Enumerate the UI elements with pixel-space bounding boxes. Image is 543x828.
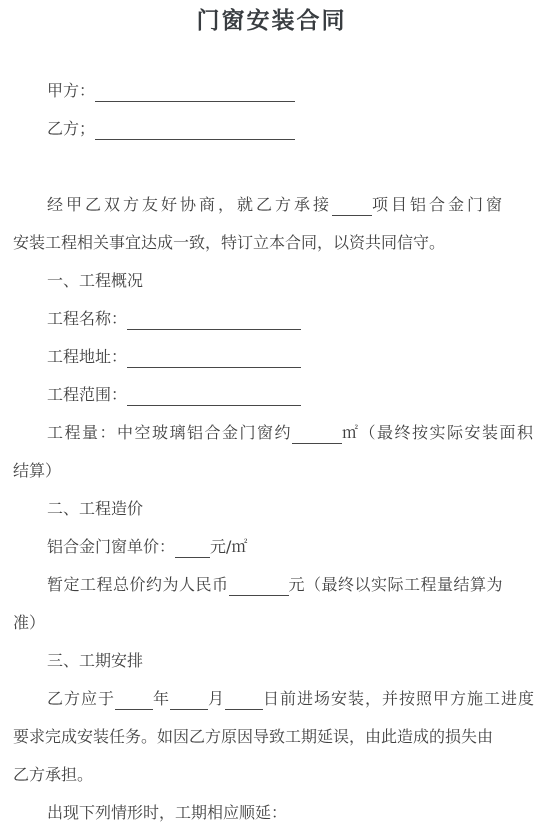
text-run: 工程名称： xyxy=(47,309,127,328)
contract-body: 甲方：乙方；经甲乙双方友好协商，就乙方承接项目铝合金门窗安装工程相关事宜达成一致… xyxy=(13,72,530,828)
schedule-line-2: 要求完成安装任务。如因乙方原因导致工期延误，由此造成的损失由 xyxy=(13,718,530,756)
blank-fill-in-field xyxy=(229,575,289,596)
delay-extension-line: 出现下列情形时，工期相应顺延： xyxy=(13,794,530,828)
project-name-line: 工程名称： xyxy=(13,300,530,338)
blank-fill-in-field xyxy=(127,385,301,406)
contract-document: 门窗安装合同 甲方：乙方；经甲乙双方友好协商，就乙方承接项目铝合金门窗安装工程相… xyxy=(0,0,543,828)
text-run: 经甲乙双方友好协商，就乙方承接 xyxy=(47,195,332,214)
blank-fill-in-field xyxy=(332,195,372,216)
text-run: 项目铝合金门窗 xyxy=(372,195,505,214)
text-run: 结算） xyxy=(13,461,61,480)
project-scope-line: 工程范围： xyxy=(13,376,530,414)
project-quantity-line-1: 工程量：中空玻璃铝合金门窗约㎡（最终按实际安装面积 xyxy=(13,414,530,452)
party-b-line: 乙方； xyxy=(13,110,530,148)
intro-line-2: 安装工程相关事宜达成一致，特订立本合同，以资共同信守。 xyxy=(13,224,530,262)
text-run: 日前进场安装，并按照甲方施工进度 xyxy=(263,689,535,708)
spacer-line xyxy=(13,148,530,186)
text-run: 年 xyxy=(153,689,170,708)
project-address-line: 工程地址： xyxy=(13,338,530,376)
total-price-line-2: 准） xyxy=(13,604,530,642)
text-run: 工程范围： xyxy=(47,385,127,404)
blank-fill-in-field xyxy=(95,81,295,102)
text-run: 甲方： xyxy=(47,81,95,100)
text-run: 安装工程相关事宜达成一致，特订立本合同，以资共同信守。 xyxy=(13,233,445,252)
schedule-line-3: 乙方承担。 xyxy=(13,756,530,794)
text-run: 元（最终以实际工程量结算为 xyxy=(289,575,504,594)
blank-fill-in-field xyxy=(292,423,342,444)
text-run: 暂定工程总价约为人民币 xyxy=(47,575,229,594)
text-run: 铝合金门窗单价： xyxy=(47,537,175,556)
text-run: 乙方承担。 xyxy=(13,765,93,784)
text-run: 要求完成安装任务。如因乙方原因导致工期延误，由此造成的损失由 xyxy=(13,727,493,746)
blank-fill-in-field xyxy=(95,119,295,140)
text-run: 工程量：中空玻璃铝合金门窗约 xyxy=(47,423,292,442)
unit-price-line: 铝合金门窗单价：元/㎡ xyxy=(13,528,530,566)
schedule-line-1: 乙方应于年月日前进场安装，并按照甲方施工进度 xyxy=(13,680,530,718)
text-run: 二、工程造价 xyxy=(47,499,143,518)
text-run: 月 xyxy=(208,689,225,708)
text-run: 准） xyxy=(13,613,45,632)
blank-fill-in-field xyxy=(127,347,301,368)
text-run: 乙方； xyxy=(47,119,95,138)
blank-fill-in-field xyxy=(115,689,153,710)
text-run: ㎡（最终按实际安装面积 xyxy=(342,423,535,442)
section-3-heading: 三、工期安排 xyxy=(13,642,530,680)
contract-title: 门窗安装合同 xyxy=(13,6,530,36)
text-run: 乙方应于 xyxy=(47,689,115,708)
total-price-line-1: 暂定工程总价约为人民币元（最终以实际工程量结算为 xyxy=(13,566,530,604)
text-run: 出现下列情形时，工期相应顺延： xyxy=(47,803,287,822)
text-run: 元/㎡ xyxy=(210,537,247,556)
blank-fill-in-field xyxy=(175,537,210,558)
section-1-heading: 一、工程概况 xyxy=(13,262,530,300)
blank-fill-in-field xyxy=(170,689,208,710)
section-2-heading: 二、工程造价 xyxy=(13,490,530,528)
text-run: 一、工程概况 xyxy=(47,271,143,290)
intro-line-1: 经甲乙双方友好协商，就乙方承接项目铝合金门窗 xyxy=(13,186,530,224)
project-quantity-line-2: 结算） xyxy=(13,452,530,490)
blank-fill-in-field xyxy=(225,689,263,710)
party-a-line: 甲方： xyxy=(13,72,530,110)
text-run: 三、工期安排 xyxy=(47,651,143,670)
text-run: 工程地址： xyxy=(47,347,127,366)
blank-fill-in-field xyxy=(127,309,301,330)
